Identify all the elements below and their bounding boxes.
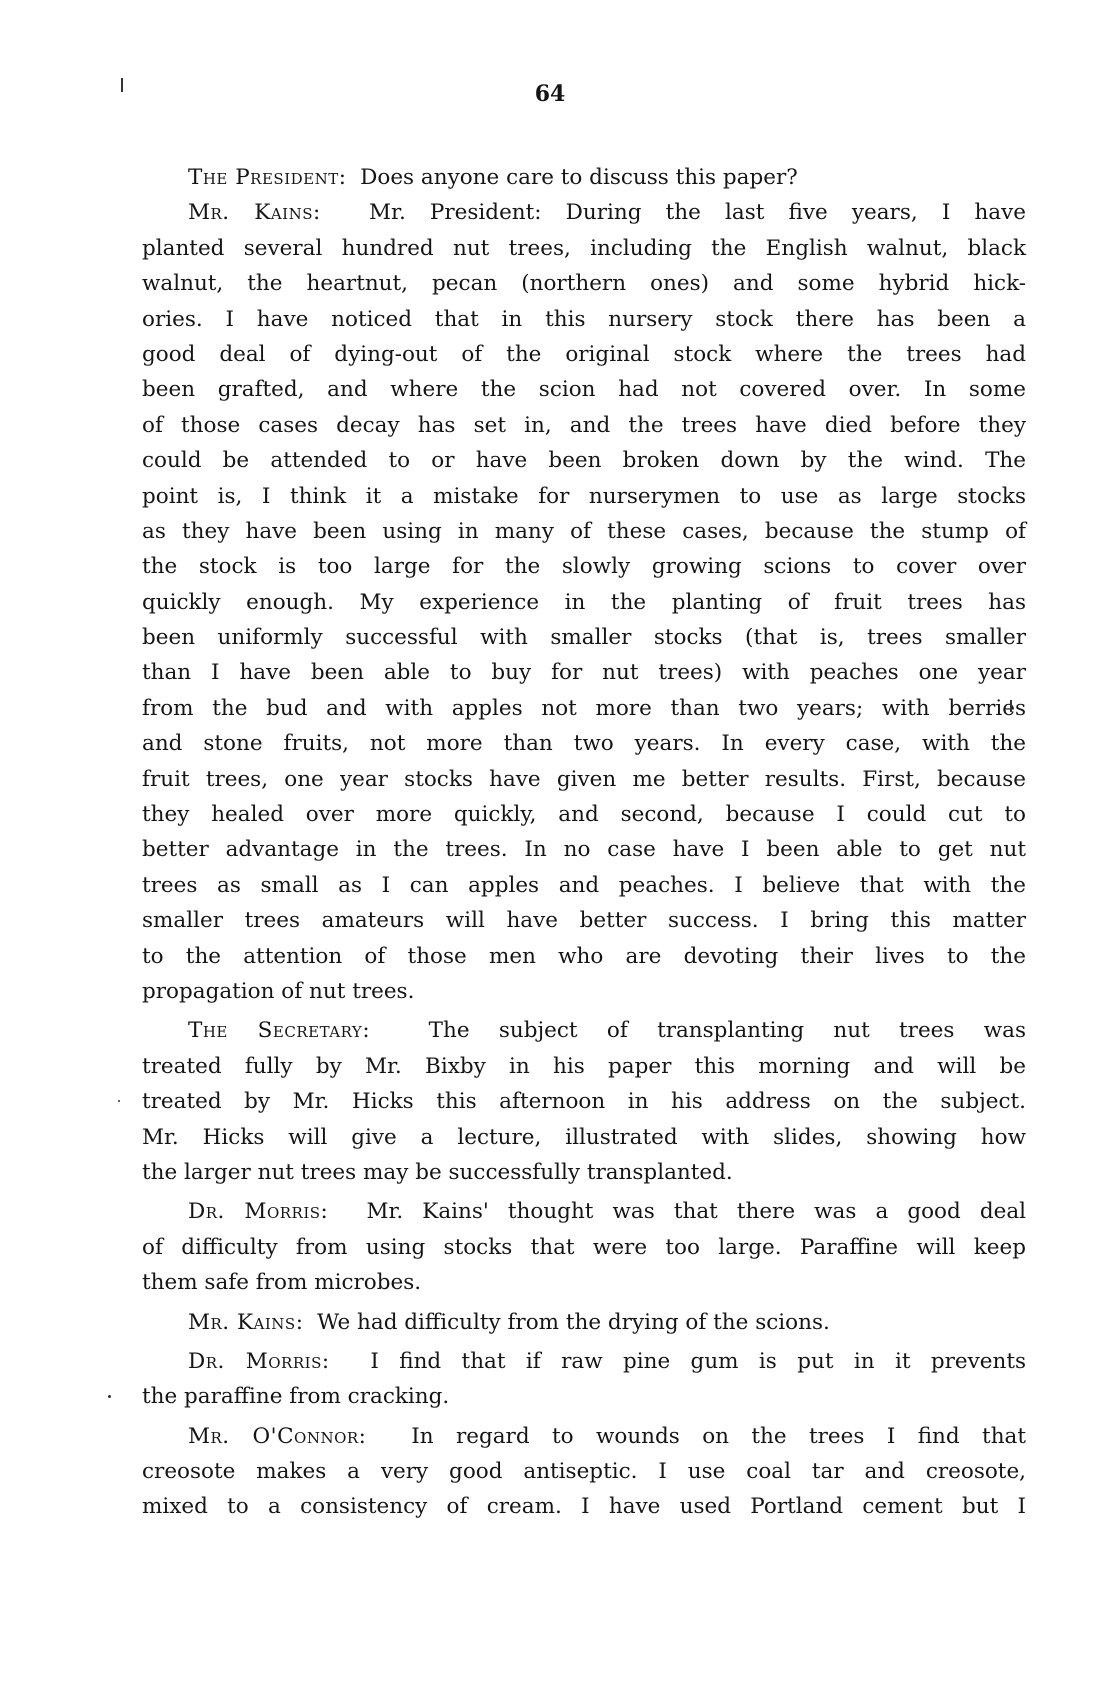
- line: they healed over more quickly, and secon…: [142, 797, 1026, 832]
- speaker-label: The Secretary:: [188, 1018, 370, 1043]
- speaker-label: Dr. Morris:: [188, 1199, 328, 1224]
- line: Dr. Morris: I find that if raw pine gum …: [142, 1344, 1026, 1379]
- line: smaller trees amateurs will have better …: [142, 903, 1026, 938]
- speech-text: I find that if raw pine gum is put in it…: [370, 1349, 1026, 1374]
- scan-artifact: [118, 1100, 120, 1102]
- paragraph-secretary: The Secretary: The subject of transplant…: [142, 1013, 1026, 1190]
- page-number: 64: [0, 81, 1100, 107]
- line: treated by Mr. Hicks this afternoon in h…: [142, 1084, 1026, 1119]
- paragraph-oconnor: Mr. O'Connor: In regard to wounds on the…: [142, 1419, 1026, 1525]
- line: Mr. Hicks will give a lecture, illustrat…: [142, 1120, 1026, 1155]
- line: the larger nut trees may be successfully…: [142, 1155, 1026, 1190]
- paragraph-kains: Mr. Kains: Mr. President: During the las…: [142, 195, 1026, 1009]
- speaker-label: Mr. O'Connor:: [188, 1424, 366, 1449]
- line: of difficulty from using stocks that wer…: [142, 1230, 1026, 1265]
- line: better advantage in the trees. In no cas…: [142, 832, 1026, 867]
- line: to the attention of those men who are de…: [142, 939, 1026, 974]
- speaker-label: The President:: [188, 165, 346, 190]
- line: trees as small as I can apples and peach…: [142, 868, 1026, 903]
- speech-text: Does anyone care to discuss this paper?: [360, 165, 798, 190]
- line: treated fully by Mr. Bixby in his paper …: [142, 1049, 1026, 1084]
- line: been grafted, and where the scion had no…: [142, 372, 1026, 407]
- speaker-label: Mr. Kains:: [188, 200, 321, 225]
- speech-text: The subject of transplanting nut trees w…: [429, 1018, 1026, 1043]
- line: planted several hundred nut trees, inclu…: [142, 231, 1026, 266]
- line: as they have been using in many of these…: [142, 514, 1026, 549]
- speech-text: Mr. Kains' thought was that there was a …: [366, 1199, 1026, 1224]
- paragraph-president: The President: Does anyone care to discu…: [142, 160, 1026, 195]
- line: quickly enough. My experience in the pla…: [142, 585, 1026, 620]
- scan-artifact: [108, 1395, 111, 1398]
- line: and stone fruits, not more than two year…: [142, 726, 1026, 761]
- scan-artifact: [1010, 700, 1012, 712]
- line: mixed to a consistency of cream. I have …: [142, 1489, 1026, 1524]
- speaker-label: Mr. Kains:: [188, 1310, 303, 1335]
- speech-text: We had difficulty from the drying of the…: [317, 1310, 830, 1335]
- line: Mr. Kains: We had difficulty from the dr…: [142, 1305, 1026, 1340]
- paragraph-morris-2: Dr. Morris: I find that if raw pine gum …: [142, 1344, 1026, 1415]
- speech-text: In regard to wounds on the trees I find …: [411, 1424, 1026, 1449]
- paragraph-kains-2: Mr. Kains: We had difficulty from the dr…: [142, 1305, 1026, 1340]
- paragraph-morris-1: Dr. Morris: Mr. Kains' thought was that …: [142, 1194, 1026, 1300]
- line: propagation of nut trees.: [142, 974, 1026, 1009]
- scan-artifact: [121, 78, 123, 92]
- line: them safe from microbes.: [142, 1265, 1026, 1300]
- line: ories. I have noticed that in this nurse…: [142, 302, 1026, 337]
- speaker-label: Dr. Morris:: [188, 1349, 330, 1374]
- line: Mr. Kains: Mr. President: During the las…: [142, 195, 1026, 230]
- line: walnut, the heartnut, pecan (northern on…: [142, 266, 1026, 301]
- line: the stock is too large for the slowly gr…: [142, 549, 1026, 584]
- line: fruit trees, one year stocks have given …: [142, 762, 1026, 797]
- line: The Secretary: The subject of transplant…: [142, 1013, 1026, 1048]
- line: Dr. Morris: Mr. Kains' thought was that …: [142, 1194, 1026, 1229]
- line: good deal of dying-out of the original s…: [142, 337, 1026, 372]
- speech-text: Mr. President: During the last five year…: [369, 200, 1026, 225]
- line: creosote makes a very good antiseptic. I…: [142, 1454, 1026, 1489]
- line: been uniformly successful with smaller s…: [142, 620, 1026, 655]
- line: point is, I think it a mistake for nurse…: [142, 479, 1026, 514]
- line: The President: Does anyone care to discu…: [142, 160, 1026, 195]
- line: than I have been able to buy for nut tre…: [142, 655, 1026, 690]
- line: could be attended to or have been broken…: [142, 443, 1026, 478]
- line: the paraffine from cracking.: [142, 1379, 1026, 1414]
- line: from the bud and with apples not more th…: [142, 691, 1026, 726]
- line: Mr. O'Connor: In regard to wounds on the…: [142, 1419, 1026, 1454]
- page-body: The President: Does anyone care to discu…: [142, 160, 1026, 1525]
- line: of those cases decay has set in, and the…: [142, 408, 1026, 443]
